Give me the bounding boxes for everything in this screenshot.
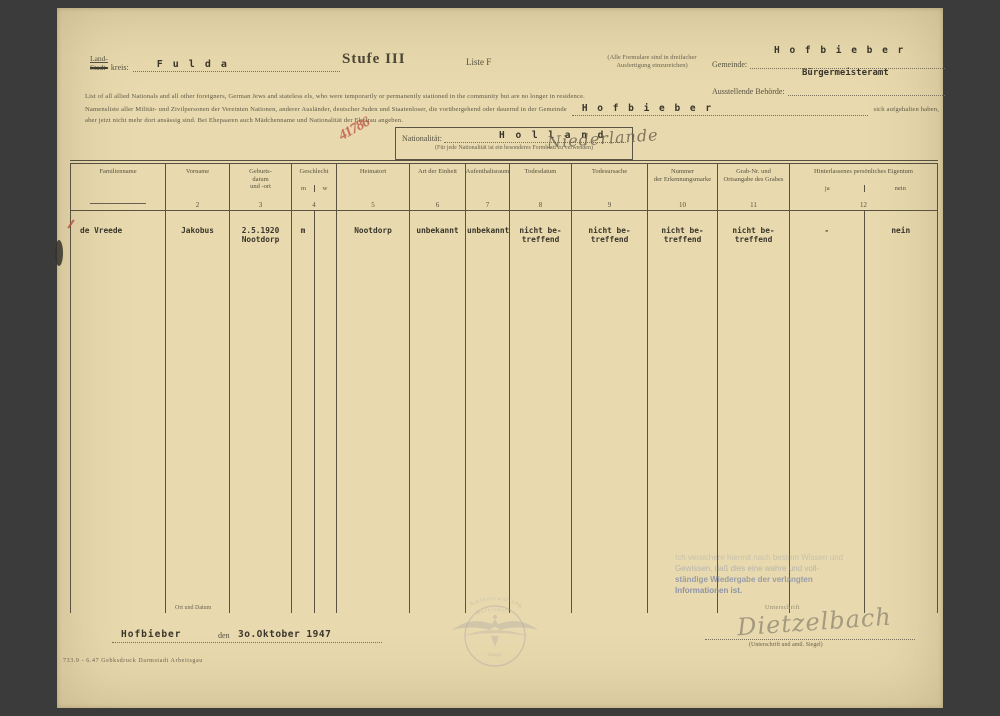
nationality-label: Nationalität: xyxy=(402,134,442,143)
gemeinde-office-typed: Bürgermeisteramt xyxy=(802,68,945,78)
cell-einheit: unbekannt xyxy=(410,211,466,613)
cell-geschlecht-m: m xyxy=(292,211,314,613)
intro-german-after: sich aufgehalten haben, xyxy=(873,105,939,116)
cell-geschlecht-w xyxy=(314,211,336,613)
cell-geschlecht: m xyxy=(292,211,337,613)
col-header-familienname: Familienname xyxy=(70,164,166,210)
form-title-stufe: Stufe III xyxy=(342,51,406,68)
stadt-label-struck: Stadt- xyxy=(90,64,108,73)
kreis-field: Land- Stadt- kreis: F u l d a xyxy=(90,55,340,72)
intro-paragraph: List of all allied Nationals and all oth… xyxy=(85,92,939,126)
svg-text:Hofbieber: Hofbieber xyxy=(475,607,508,617)
table-header-row: Familienname Vorname 2 Geburts- datum un… xyxy=(70,160,938,211)
triplicate-note: (Alle Formulare sind in dreifacher Ausfe… xyxy=(584,54,720,69)
col1-writing-line xyxy=(90,203,146,204)
col-header-eigentum: Hinterlassenes persönliches Eigentum ja … xyxy=(790,164,938,210)
kreis-blank-line: F u l d a xyxy=(133,57,340,72)
col-header-todesursache: Todesursache 9 xyxy=(572,164,648,210)
paper-edge-smudge xyxy=(55,240,63,266)
cell-geburt: 2.5.1920 Nootdorp xyxy=(230,211,292,613)
gemeinde-value-typed: H o f b i e b e r xyxy=(774,45,945,56)
col-header-erkennungsmarke: Nummer der Erkennungsmarke 10 xyxy=(648,164,718,210)
stamp-graphic: Amtsverwaltung Hofbieber Siegel xyxy=(440,580,550,680)
scanned-form-page: Land- Stadt- kreis: F u l d a Stufe III … xyxy=(57,8,943,708)
official-round-stamp: Amtsverwaltung Hofbieber Siegel xyxy=(440,580,550,680)
geschlecht-subheader: m w xyxy=(293,185,335,192)
screenshot-root: { "colors": { "background": "#3b3b3b", "… xyxy=(0,0,1000,716)
col-header-heimatort: Heimatort 5 xyxy=(337,164,410,210)
printer-imprint: 733.9 - 6.47 Gebksdruck Darmstadt Arbeit… xyxy=(63,658,203,664)
cell-familienname: de Vreede xyxy=(70,211,166,613)
den-label: den xyxy=(218,631,230,640)
stamp-seal-label: Siegel xyxy=(488,652,502,658)
col-header-einheit: Art der Einheit 6 xyxy=(410,164,466,210)
kreis-label: kreis: xyxy=(111,63,129,72)
place-date-line: Hofbieber den 3o.Oktober 1947 xyxy=(112,616,382,643)
col-header-geburtsdatum: Geburts- datum und -ort 3 xyxy=(230,164,292,210)
persons-table: Familienname Vorname 2 Geburts- datum un… xyxy=(70,160,938,613)
gemeinde-inline-blank: H o f b i e b e r xyxy=(572,103,869,116)
col-header-geschlecht: Geschlecht m w 4 xyxy=(292,164,337,210)
cell-todesursache: nicht be- treffend xyxy=(572,211,648,613)
col-header-aufenthaltsraum: Aufenthaltsraum 7 xyxy=(466,164,510,210)
cell-vorname: Jakobus xyxy=(166,211,230,613)
certification-stamp-text: Ich versichere hiermit nach bestem Wisse… xyxy=(675,552,880,596)
intro-german-line3: aber jetzt nicht mehr dort ansässig sind… xyxy=(85,116,939,127)
gemeinde-label: Gemeinde: xyxy=(712,60,747,69)
stamp-ring-text-mid: Hofbieber xyxy=(475,607,508,617)
col-header-vorname: Vorname 2 xyxy=(166,164,230,210)
kreis-value-typed: F u l d a xyxy=(157,59,229,70)
cell-todesdatum: nicht be- treffend xyxy=(510,211,572,613)
eigentum-subheader: ja nein xyxy=(791,185,936,192)
gemeinde-block: H o f b i e b e r Gemeinde: Bürgermeiste… xyxy=(712,45,945,96)
place-value-typed: Hofbieber xyxy=(121,629,181,640)
signature-caption: (Unterschrift und amtl. Siegel) xyxy=(749,642,823,648)
col-header-todesdatum: Todesdatum 8 xyxy=(510,164,572,210)
col-header-grab: Grab-Nr. und Ortsangabe des Grabes 11 xyxy=(718,164,790,210)
cell-aufenthaltsraum: unbekannt xyxy=(466,211,510,613)
cell-heimatort: Nootdorp xyxy=(337,211,410,613)
intro-german-before: Namensliste aller Militär- und Zivilpers… xyxy=(85,105,567,116)
form-title-liste: Liste F xyxy=(466,57,491,67)
gemeinde-inline-typed: H o f b i e b e r xyxy=(582,104,713,115)
date-value-typed: 3o.Oktober 1947 xyxy=(238,629,331,640)
ort-datum-label: Ort und Datum xyxy=(175,605,211,611)
intro-english: List of all allied Nationals and all oth… xyxy=(85,92,939,103)
